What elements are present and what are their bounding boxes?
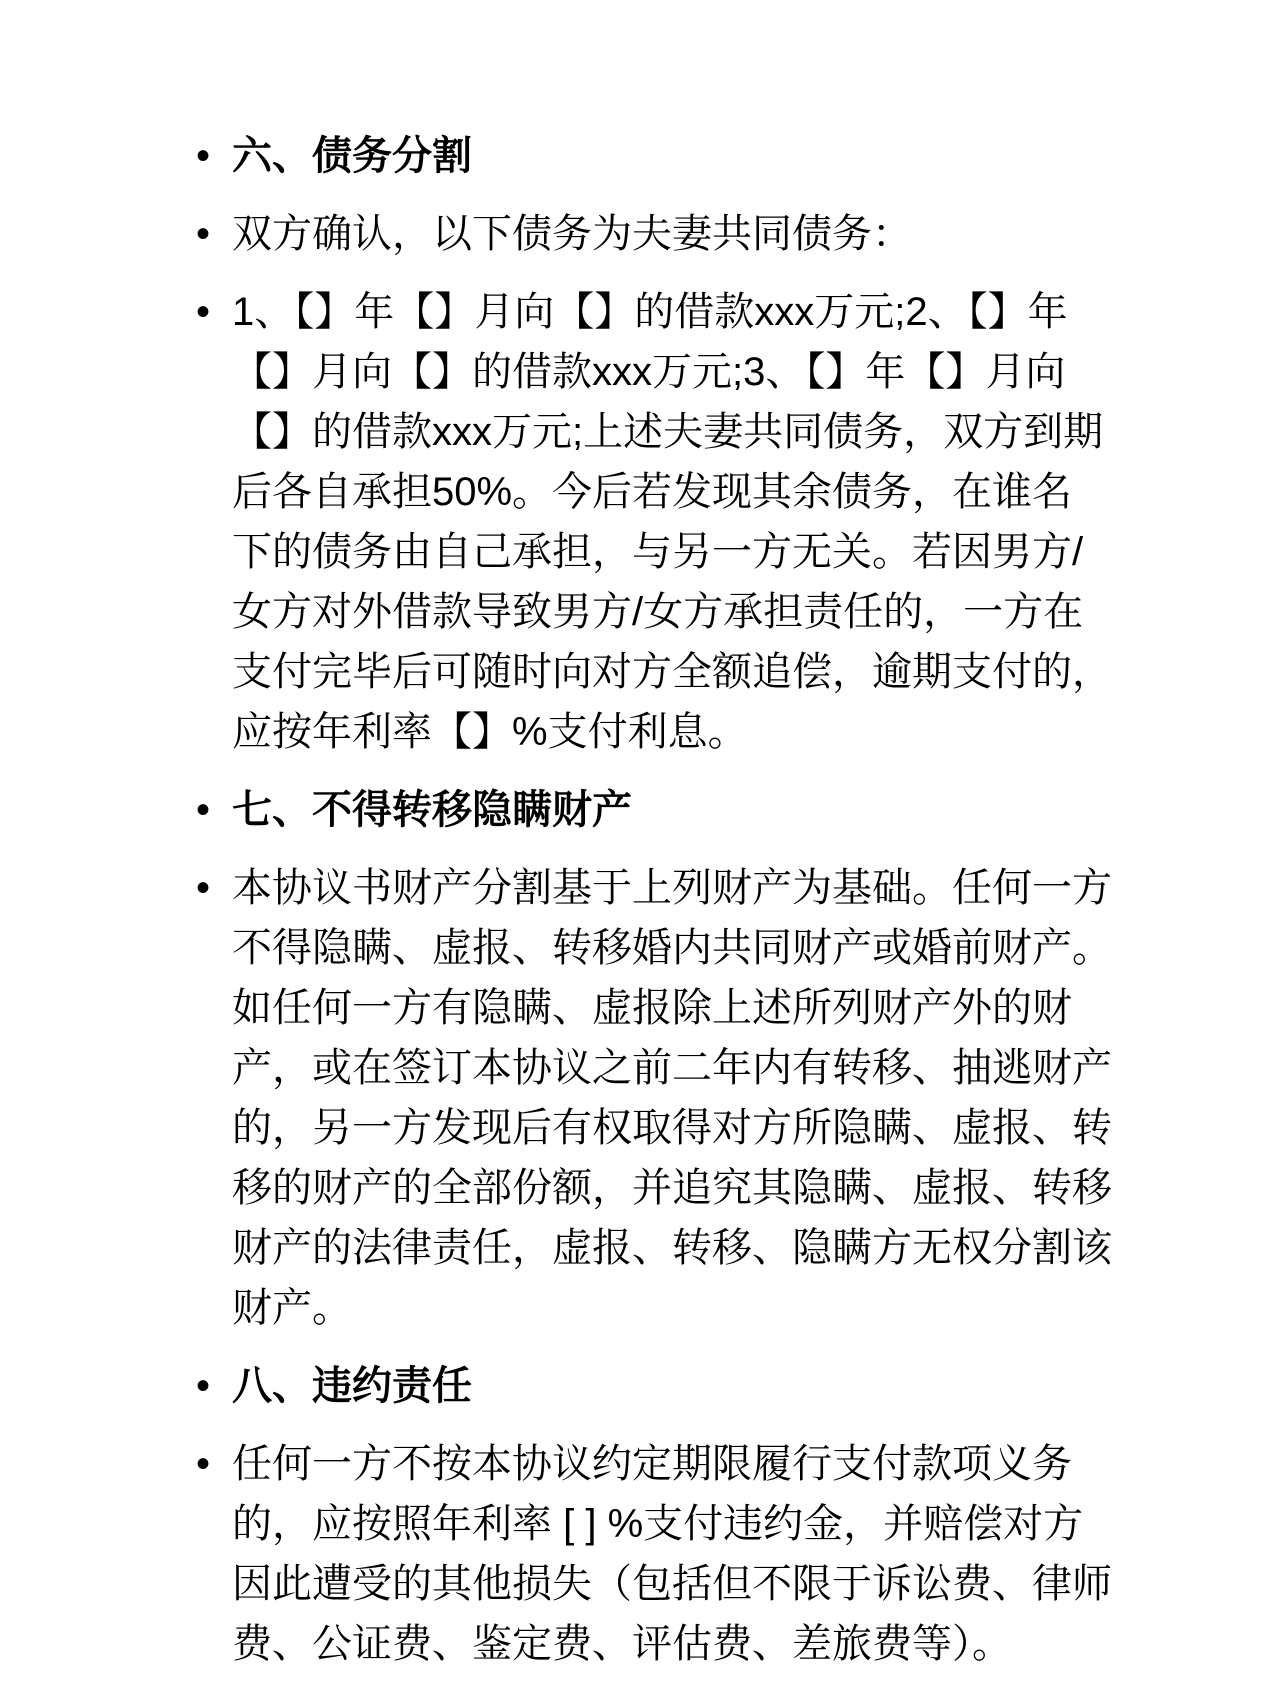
bullet-icon: •: [196, 780, 232, 840]
bullet-icon: •: [196, 1356, 232, 1416]
bullet-icon: •: [196, 282, 232, 342]
paragraph-item: •任何一方不按本协议约定期限履行支付款项义务的，应按照年利率 [ ] %支付违约…: [196, 1434, 1280, 1674]
paragraph-item: •1、【】年【】月向【】的借款xxx万元;2、【】年【】月向【】的借款xxx万元…: [196, 282, 1280, 762]
section-heading: 七、不得转移隐瞒财产: [232, 780, 1112, 840]
paragraph-text: 任何一方不按本协议约定期限履行支付款项义务的，应按照年利率 [ ] %支付违约金…: [232, 1434, 1112, 1674]
section-heading: 八、违约责任: [232, 1356, 1112, 1416]
paragraph-text: 双方确认，以下债务为夫妻共同债务：: [232, 204, 1112, 264]
document-page: •六、债务分割•双方确认，以下债务为夫妻共同债务：•1、【】年【】月向【】的借款…: [0, 0, 1280, 1674]
bullet-icon: •: [196, 126, 232, 186]
bullet-icon: •: [196, 1434, 232, 1494]
paragraph-item: •本协议书财产分割基于上列财产为基础。任何一方不得隐瞒、虚报、转移婚内共同财产或…: [196, 858, 1280, 1338]
document-list: •六、债务分割•双方确认，以下债务为夫妻共同债务：•1、【】年【】月向【】的借款…: [196, 126, 1280, 1674]
bullet-icon: •: [196, 204, 232, 264]
paragraph-text: 本协议书财产分割基于上列财产为基础。任何一方不得隐瞒、虚报、转移婚内共同财产或婚…: [232, 858, 1112, 1338]
section-heading-item: •七、不得转移隐瞒财产: [196, 780, 1280, 840]
paragraph-item: •双方确认，以下债务为夫妻共同债务：: [196, 204, 1280, 264]
paragraph-text: 1、【】年【】月向【】的借款xxx万元;2、【】年【】月向【】的借款xxx万元;…: [232, 282, 1112, 762]
section-heading-item: •八、违约责任: [196, 1356, 1280, 1416]
section-heading-item: •六、债务分割: [196, 126, 1280, 186]
section-heading: 六、债务分割: [232, 126, 1112, 186]
bullet-icon: •: [196, 858, 232, 918]
